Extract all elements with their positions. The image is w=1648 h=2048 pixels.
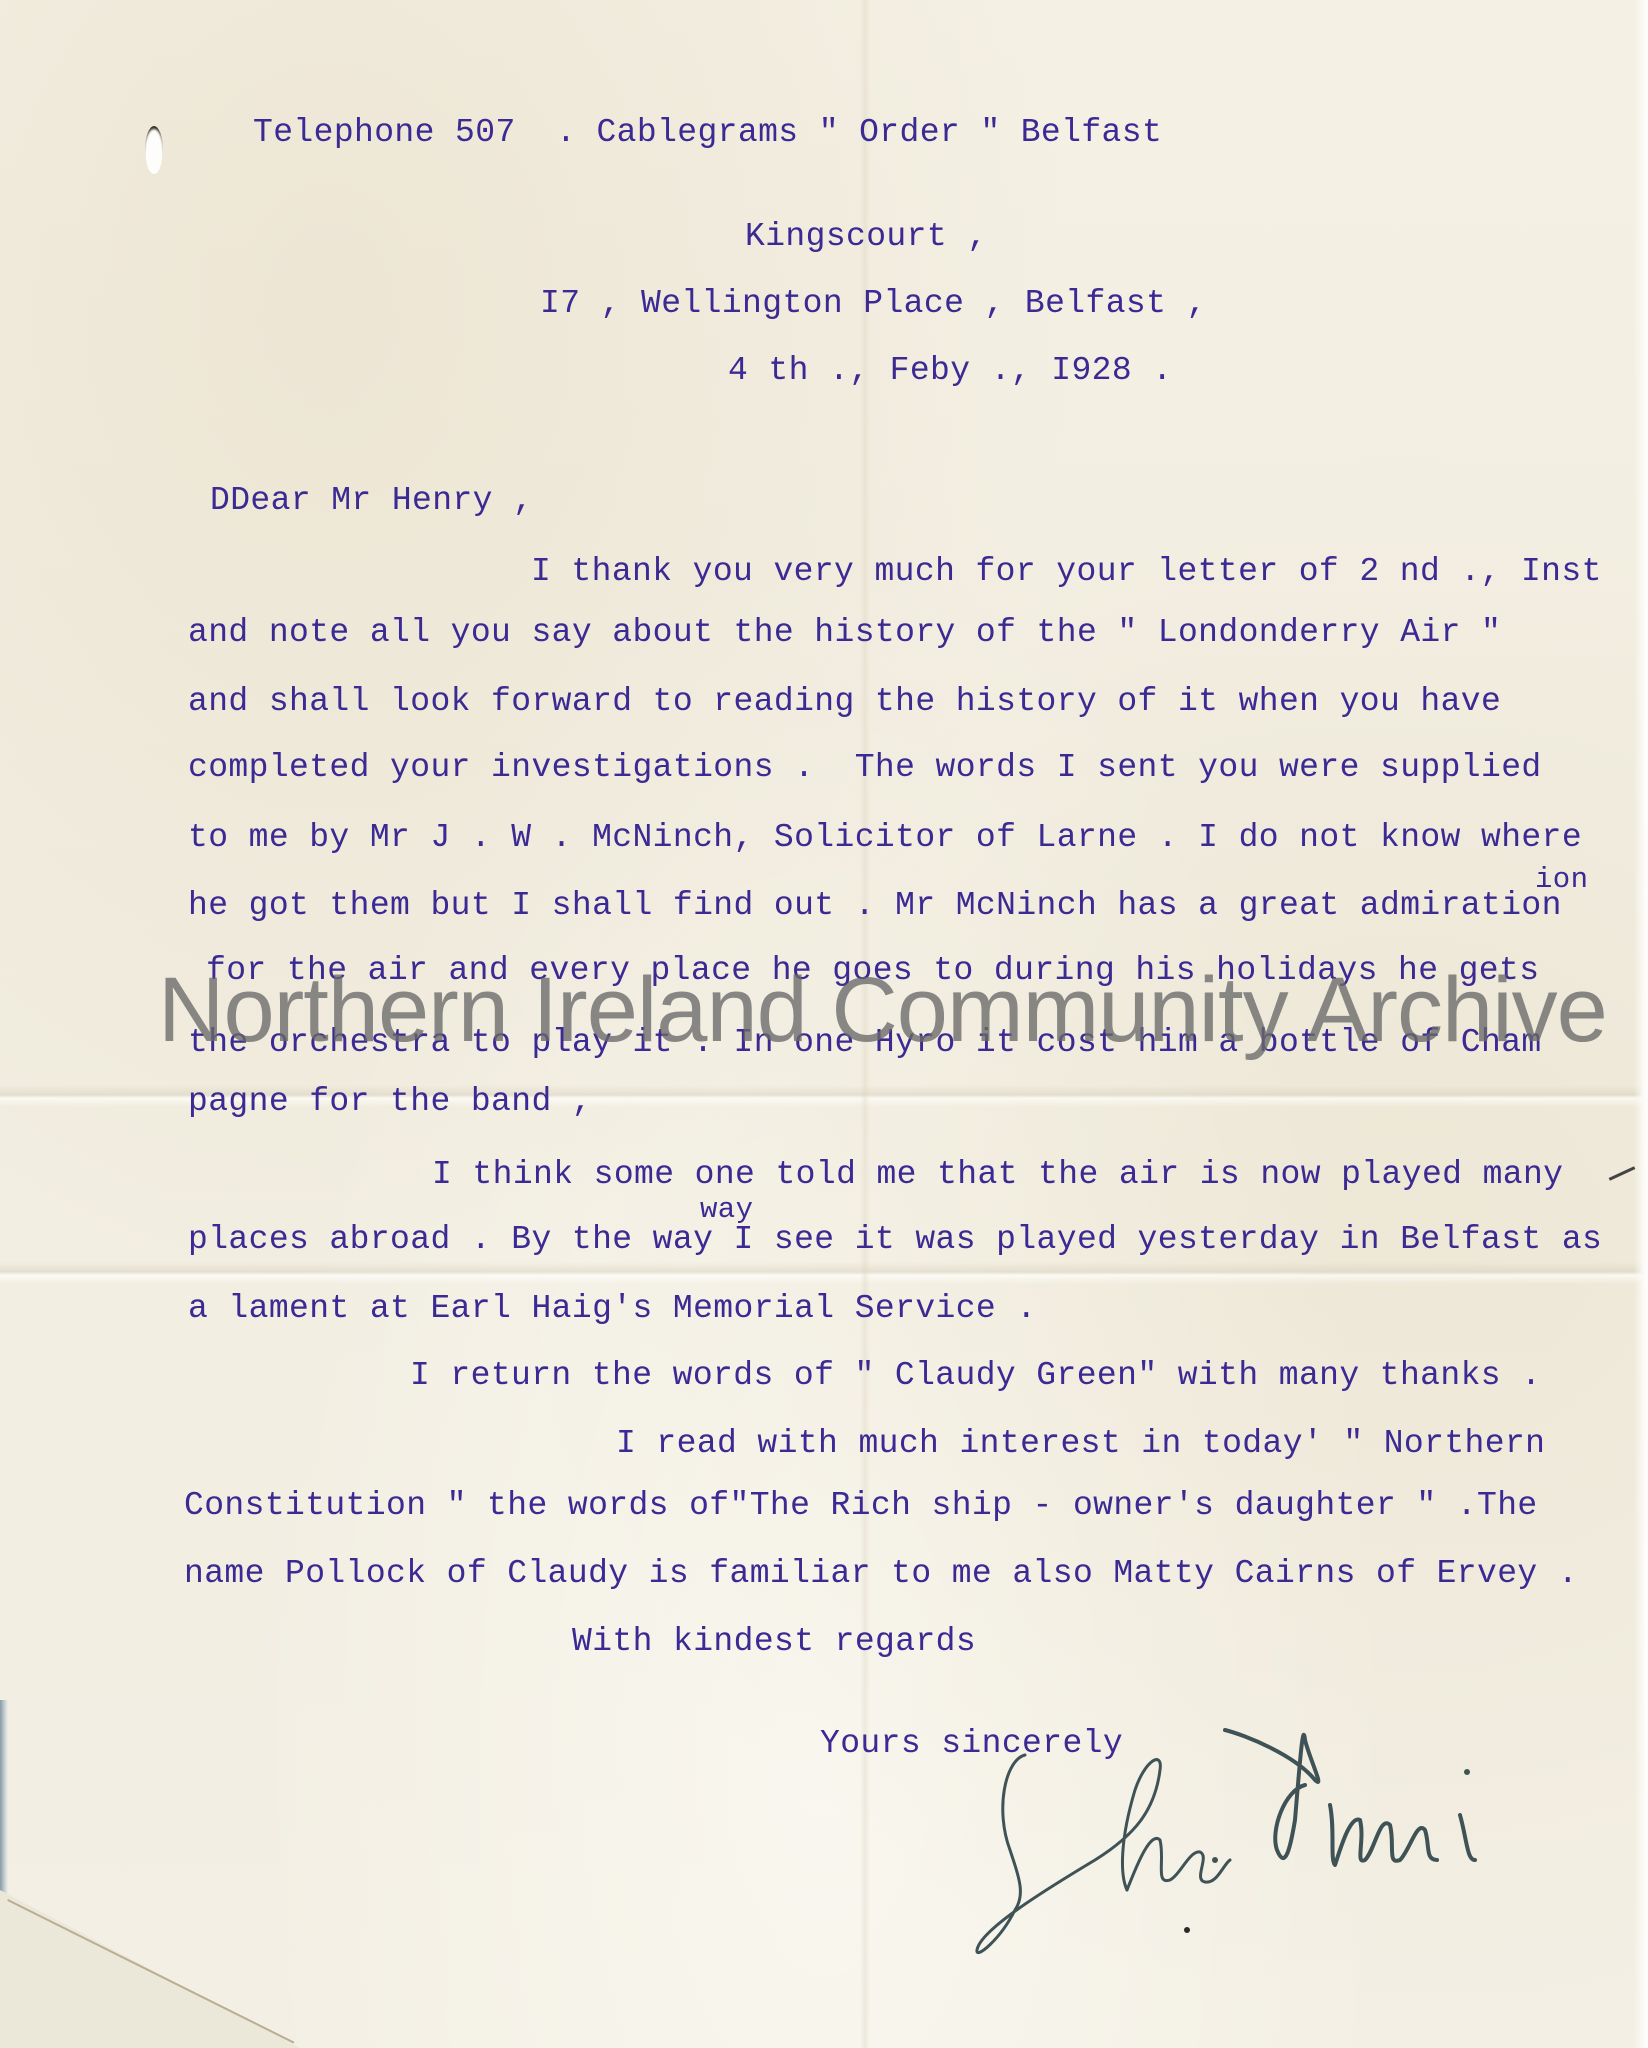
- body-line-16: name Pollock of Claudy is familiar to me…: [184, 1554, 1578, 1594]
- closing-line: With kindest regards: [572, 1622, 976, 1662]
- body-line-10: I think some one told me that the air is…: [432, 1155, 1563, 1195]
- letter-date: 4 th ., Feby ., I928 .: [728, 351, 1172, 391]
- body-line-4: completed your investigations . The word…: [188, 748, 1542, 788]
- punch-hole-icon: [145, 126, 163, 174]
- body-line-3: and shall look forward to reading the hi…: [188, 682, 1501, 722]
- paper-right-edge: [1634, 0, 1648, 2048]
- body-line-12: a lament at Earl Haig's Memorial Service…: [188, 1289, 1037, 1329]
- body-line-5: to me by Mr J . W . McNinch, Solicitor o…: [188, 818, 1582, 858]
- letterhead-street-address: I7 , Wellington Place , Belfast ,: [540, 284, 1207, 324]
- letterhead-contact-line: Telephone 507 . Cablegrams " Order " Bel…: [253, 113, 1162, 153]
- handwritten-signature: [955, 1700, 1595, 1980]
- salutation: DDear Mr Henry ,: [210, 481, 533, 521]
- body-line-11: places abroad . By the way I see it was …: [188, 1220, 1602, 1260]
- body-line-2: and note all you say about the history o…: [188, 613, 1501, 653]
- body-line-14: I read with much interest in today' " No…: [616, 1424, 1545, 1464]
- body-line-6: he got them but I shall find out . Mr Mc…: [188, 886, 1562, 926]
- paper-crease-lower: [0, 1262, 1648, 1284]
- body-line-1: I thank you very much for your letter of…: [531, 552, 1602, 592]
- body-line-15: Constitution " the words of"The Rich shi…: [184, 1486, 1538, 1526]
- body-line-13: I return the words of " Claudy Green" wi…: [410, 1356, 1541, 1396]
- archive-watermark: Northern Ireland Community Archive: [158, 955, 1607, 1065]
- body-line-9: pagne for the band ,: [188, 1082, 592, 1122]
- letterhead-house-name: Kingscourt ,: [745, 217, 987, 257]
